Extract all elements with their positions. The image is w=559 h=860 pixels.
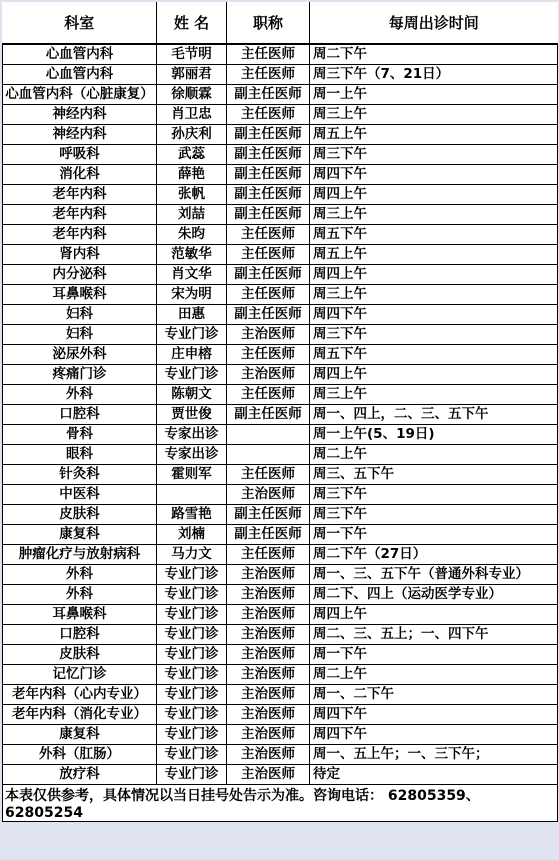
schedule-time-cell: 周三下午 <box>310 144 558 164</box>
doctor-name-cell: 专业门诊 <box>157 604 227 624</box>
schedule-time-cell: 周三下午（7、21日） <box>310 64 558 84</box>
title-cell: 主任医师 <box>227 544 310 564</box>
department-cell: 泌尿外科 <box>3 344 157 364</box>
schedule-time-cell: 周三上午 <box>310 204 558 224</box>
schedule-time-cell: 周一下午 <box>310 644 558 664</box>
department-cell: 骨科 <box>3 424 157 444</box>
schedule-row: 呼吸科武蕊副主任医师周三下午 <box>3 144 558 164</box>
schedule-row: 肾内科范敏华主任医师周五上午 <box>3 244 558 264</box>
header-schedule-time: 每周出诊时间 <box>310 2 558 44</box>
schedule-row: 放疗科专业门诊主治医师待定 <box>3 764 558 784</box>
doctor-name-cell: 肖卫忠 <box>157 104 227 124</box>
doctor-name-cell: 张帆 <box>157 184 227 204</box>
department-cell: 针灸科 <box>3 464 157 484</box>
doctor-name-cell: 专业门诊 <box>157 364 227 384</box>
title-cell: 主治医师 <box>227 724 310 744</box>
clinic-schedule-table: 科室 姓 名 职称 每周出诊时间 心血管内科毛节明主任医师周二下午心血管内科郭丽… <box>2 2 558 822</box>
schedule-row: 耳鼻喉科专业门诊主治医师周四上午 <box>3 604 558 624</box>
title-cell: 主治医师 <box>227 484 310 504</box>
schedule-row: 耳鼻喉科宋为明主任医师周三上午 <box>3 284 558 304</box>
schedule-time-cell: 周一上午 <box>310 84 558 104</box>
department-cell: 放疗科 <box>3 764 157 784</box>
doctor-name-cell: 专业门诊 <box>157 724 227 744</box>
doctor-name-cell: 专业门诊 <box>157 644 227 664</box>
title-cell: 副主任医师 <box>227 264 310 284</box>
title-cell: 主治医师 <box>227 564 310 584</box>
schedule-row: 妇科专业门诊主治医师周三下午 <box>3 324 558 344</box>
department-cell: 老年内科（消化专业） <box>3 704 157 724</box>
department-cell: 外科 <box>3 384 157 404</box>
doctor-name-cell <box>157 484 227 504</box>
schedule-time-cell: 周四上午 <box>310 364 558 384</box>
schedule-row: 外科专业门诊主治医师周二下、四上（运动医学专业） <box>3 584 558 604</box>
department-cell: 眼科 <box>3 444 157 464</box>
doctor-name-cell: 刘喆 <box>157 204 227 224</box>
schedule-row: 皮肤科路雪艳副主任医师周三下午 <box>3 504 558 524</box>
doctor-name-cell: 宋为明 <box>157 284 227 304</box>
schedule-row: 泌尿外科庄申榕主任医师周五下午 <box>3 344 558 364</box>
schedule-time-cell: 周四下午 <box>310 724 558 744</box>
schedule-time-cell: 周三下午 <box>310 324 558 344</box>
department-cell: 心血管内科 <box>3 64 157 84</box>
schedule-time-cell: 周三上午 <box>310 104 558 124</box>
schedule-time-cell: 周三上午 <box>310 284 558 304</box>
title-cell: 主任医师 <box>227 64 310 84</box>
department-cell: 疼痛门诊 <box>3 364 157 384</box>
department-cell: 外科 <box>3 564 157 584</box>
schedule-row: 心血管内科（心脏康复）徐顺霖副主任医师周一上午 <box>3 84 558 104</box>
schedule-row: 针灸科霍则军主任医师周三、五下午 <box>3 464 558 484</box>
doctor-name-cell: 朱昀 <box>157 224 227 244</box>
doctor-name-cell: 孙庆利 <box>157 124 227 144</box>
doctor-name-cell: 专业门诊 <box>157 324 227 344</box>
title-cell: 主治医师 <box>227 764 310 784</box>
doctor-name-cell: 专业门诊 <box>157 624 227 644</box>
title-cell: 主治医师 <box>227 664 310 684</box>
department-cell: 内分泌科 <box>3 264 157 284</box>
title-cell: 主任医师 <box>227 244 310 264</box>
schedule-row: 老年内科刘喆副主任医师周三上午 <box>3 204 558 224</box>
schedule-row: 骨科专家出诊周一上午(5、19日) <box>3 424 558 444</box>
department-cell: 耳鼻喉科 <box>3 284 157 304</box>
title-cell: 副主任医师 <box>227 84 310 104</box>
doctor-name-cell: 专业门诊 <box>157 564 227 584</box>
title-cell: 副主任医师 <box>227 204 310 224</box>
doctor-name-cell: 毛节明 <box>157 44 227 64</box>
title-cell: 主任医师 <box>227 104 310 124</box>
schedule-row: 眼科专家出诊周二上午 <box>3 444 558 464</box>
schedule-row: 记忆门诊专业门诊主治医师周二上午 <box>3 664 558 684</box>
title-cell: 主治医师 <box>227 324 310 344</box>
title-cell: 主任医师 <box>227 384 310 404</box>
department-cell: 妇科 <box>3 324 157 344</box>
title-cell: 副主任医师 <box>227 504 310 524</box>
department-cell: 肿瘤化疗与放射病科 <box>3 544 157 564</box>
doctor-name-cell: 徐顺霖 <box>157 84 227 104</box>
schedule-row: 老年内科（心内专业）专业门诊主治医师周一、二下午 <box>3 684 558 704</box>
doctor-name-cell: 霍则军 <box>157 464 227 484</box>
title-cell: 副主任医师 <box>227 124 310 144</box>
doctor-name-cell: 陈朝文 <box>157 384 227 404</box>
department-cell: 老年内科 <box>3 184 157 204</box>
doctor-name-cell: 武蕊 <box>157 144 227 164</box>
department-cell: 耳鼻喉科 <box>3 604 157 624</box>
department-cell: 康复科 <box>3 724 157 744</box>
schedule-page: 科室 姓 名 职称 每周出诊时间 心血管内科毛节明主任医师周二下午心血管内科郭丽… <box>0 0 559 824</box>
schedule-row: 心血管内科郭丽君主任医师周三下午（7、21日） <box>3 64 558 84</box>
title-cell <box>227 444 310 464</box>
title-cell: 副主任医师 <box>227 404 310 424</box>
title-cell: 主治医师 <box>227 684 310 704</box>
schedule-time-cell: 周四上午 <box>310 264 558 284</box>
schedule-time-cell: 周二下午（27日） <box>310 544 558 564</box>
title-cell: 主治医师 <box>227 364 310 384</box>
doctor-name-cell: 专业门诊 <box>157 684 227 704</box>
schedule-time-cell: 周四上午 <box>310 604 558 624</box>
schedule-row: 老年内科张帆副主任医师周四上午 <box>3 184 558 204</box>
schedule-time-cell: 周三上午 <box>310 384 558 404</box>
schedule-row: 妇科田惠副主任医师周四下午 <box>3 304 558 324</box>
schedule-time-cell: 周二下、四上（运动医学专业） <box>310 584 558 604</box>
department-cell: 妇科 <box>3 304 157 324</box>
title-cell: 副主任医师 <box>227 144 310 164</box>
doctor-name-cell: 贾世俊 <box>157 404 227 424</box>
doctor-name-cell: 专业门诊 <box>157 764 227 784</box>
doctor-name-cell: 肖文华 <box>157 264 227 284</box>
doctor-name-cell: 田惠 <box>157 304 227 324</box>
title-cell: 副主任医师 <box>227 304 310 324</box>
title-cell: 主治医师 <box>227 604 310 624</box>
schedule-row: 神经内科肖卫忠主任医师周三上午 <box>3 104 558 124</box>
doctor-name-cell: 庄申榕 <box>157 344 227 364</box>
department-cell: 心血管内科（心脏康复） <box>3 84 157 104</box>
schedule-row: 神经内科孙庆利副主任医师周五上午 <box>3 124 558 144</box>
schedule-time-cell: 周二上午 <box>310 444 558 464</box>
department-cell: 老年内科 <box>3 224 157 244</box>
title-cell: 主治医师 <box>227 744 310 764</box>
schedule-time-cell: 周五下午 <box>310 344 558 364</box>
department-cell: 康复科 <box>3 524 157 544</box>
schedule-time-cell: 周一、二下午 <box>310 684 558 704</box>
schedule-time-cell: 周一、五上午；一、三下午； <box>310 744 558 764</box>
title-cell: 主任医师 <box>227 284 310 304</box>
schedule-row: 口腔科专业门诊主治医师周二、三、五上；一、四下午 <box>3 624 558 644</box>
schedule-time-cell: 周一、四上，二、三、五下午 <box>310 404 558 424</box>
schedule-row: 心血管内科毛节明主任医师周二下午 <box>3 44 558 64</box>
title-cell: 主任医师 <box>227 44 310 64</box>
title-cell: 主治医师 <box>227 704 310 724</box>
title-cell: 副主任医师 <box>227 524 310 544</box>
schedule-rows: 心血管内科毛节明主任医师周二下午心血管内科郭丽君主任医师周三下午（7、21日）心… <box>3 44 558 784</box>
department-cell: 心血管内科 <box>3 44 157 64</box>
department-cell: 皮肤科 <box>3 644 157 664</box>
doctor-name-cell: 范敏华 <box>157 244 227 264</box>
department-cell: 神经内科 <box>3 104 157 124</box>
schedule-time-cell: 周五下午 <box>310 224 558 244</box>
doctor-name-cell: 专业门诊 <box>157 744 227 764</box>
schedule-row: 中医科主治医师周三下午 <box>3 484 558 504</box>
schedule-time-cell: 周一下午 <box>310 524 558 544</box>
department-cell: 老年内科（心内专业） <box>3 684 157 704</box>
title-cell: 副主任医师 <box>227 184 310 204</box>
department-cell: 老年内科 <box>3 204 157 224</box>
header-department: 科室 <box>3 2 157 44</box>
schedule-time-cell: 周五上午 <box>310 244 558 264</box>
schedule-time-cell: 周三下午 <box>310 504 558 524</box>
title-cell: 主治医师 <box>227 624 310 644</box>
doctor-name-cell: 专家出诊 <box>157 444 227 464</box>
schedule-time-cell: 周四上午 <box>310 184 558 204</box>
doctor-name-cell: 专家出诊 <box>157 424 227 444</box>
doctor-name-cell: 马力文 <box>157 544 227 564</box>
department-cell: 呼吸科 <box>3 144 157 164</box>
schedule-time-cell: 周二下午 <box>310 44 558 64</box>
schedule-time-cell: 周四下午 <box>310 704 558 724</box>
department-cell: 外科 <box>3 584 157 604</box>
header-row: 科室 姓 名 职称 每周出诊时间 <box>3 2 558 44</box>
doctor-name-cell: 郭丽君 <box>157 64 227 84</box>
schedule-row: 老年内科（消化专业）专业门诊主治医师周四下午 <box>3 704 558 724</box>
title-cell: 主任医师 <box>227 464 310 484</box>
footer-note: 本表仅供参考，具体情况以当日挂号处告示为准。咨询电话： 62805359、628… <box>3 784 558 821</box>
doctor-name-cell: 薛艳 <box>157 164 227 184</box>
schedule-row: 内分泌科肖文华副主任医师周四上午 <box>3 264 558 284</box>
title-cell: 主治医师 <box>227 644 310 664</box>
department-cell: 中医科 <box>3 484 157 504</box>
schedule-time-cell: 周一、三、五下午（普通外科专业） <box>310 564 558 584</box>
schedule-row: 外科专业门诊主治医师周一、三、五下午（普通外科专业） <box>3 564 558 584</box>
department-cell: 记忆门诊 <box>3 664 157 684</box>
schedule-row: 康复科专业门诊主治医师周四下午 <box>3 724 558 744</box>
footer-row: 本表仅供参考，具体情况以当日挂号处告示为准。咨询电话： 62805359、628… <box>3 784 558 821</box>
schedule-time-cell: 周四下午 <box>310 164 558 184</box>
doctor-name-cell: 刘楠 <box>157 524 227 544</box>
schedule-time-cell: 周五上午 <box>310 124 558 144</box>
doctor-name-cell: 专业门诊 <box>157 704 227 724</box>
header-title: 职称 <box>227 2 310 44</box>
schedule-time-cell: 周一上午(5、19日) <box>310 424 558 444</box>
schedule-row: 康复科刘楠副主任医师周一下午 <box>3 524 558 544</box>
schedule-row: 肿瘤化疗与放射病科马力文主任医师周二下午（27日） <box>3 544 558 564</box>
title-cell: 副主任医师 <box>227 164 310 184</box>
department-cell: 外科（肛肠） <box>3 744 157 764</box>
schedule-row: 疼痛门诊专业门诊主治医师周四上午 <box>3 364 558 384</box>
schedule-row: 皮肤科专业门诊主治医师周一下午 <box>3 644 558 664</box>
doctor-name-cell: 路雪艳 <box>157 504 227 524</box>
schedule-time-cell: 周三下午 <box>310 484 558 504</box>
department-cell: 神经内科 <box>3 124 157 144</box>
schedule-time-cell: 周二上午 <box>310 664 558 684</box>
schedule-time-cell: 待定 <box>310 764 558 784</box>
department-cell: 口腔科 <box>3 624 157 644</box>
schedule-time-cell: 周二、三、五上；一、四下午 <box>310 624 558 644</box>
schedule-time-cell: 周三、五下午 <box>310 464 558 484</box>
schedule-row: 外科陈朝文主任医师周三上午 <box>3 384 558 404</box>
department-cell: 皮肤科 <box>3 504 157 524</box>
department-cell: 消化科 <box>3 164 157 184</box>
schedule-time-cell: 周四下午 <box>310 304 558 324</box>
title-cell <box>227 424 310 444</box>
title-cell: 主治医师 <box>227 584 310 604</box>
department-cell: 口腔科 <box>3 404 157 424</box>
doctor-name-cell: 专业门诊 <box>157 664 227 684</box>
department-cell: 肾内科 <box>3 244 157 264</box>
header-doctor-name: 姓 名 <box>157 2 227 44</box>
title-cell: 主任医师 <box>227 344 310 364</box>
title-cell: 主任医师 <box>227 224 310 244</box>
schedule-row: 外科（肛肠）专业门诊主治医师周一、五上午；一、三下午； <box>3 744 558 764</box>
schedule-row: 口腔科贾世俊副主任医师周一、四上，二、三、五下午 <box>3 404 558 424</box>
schedule-row: 消化科薛艳副主任医师周四下午 <box>3 164 558 184</box>
doctor-name-cell: 专业门诊 <box>157 584 227 604</box>
schedule-row: 老年内科朱昀主任医师周五下午 <box>3 224 558 244</box>
